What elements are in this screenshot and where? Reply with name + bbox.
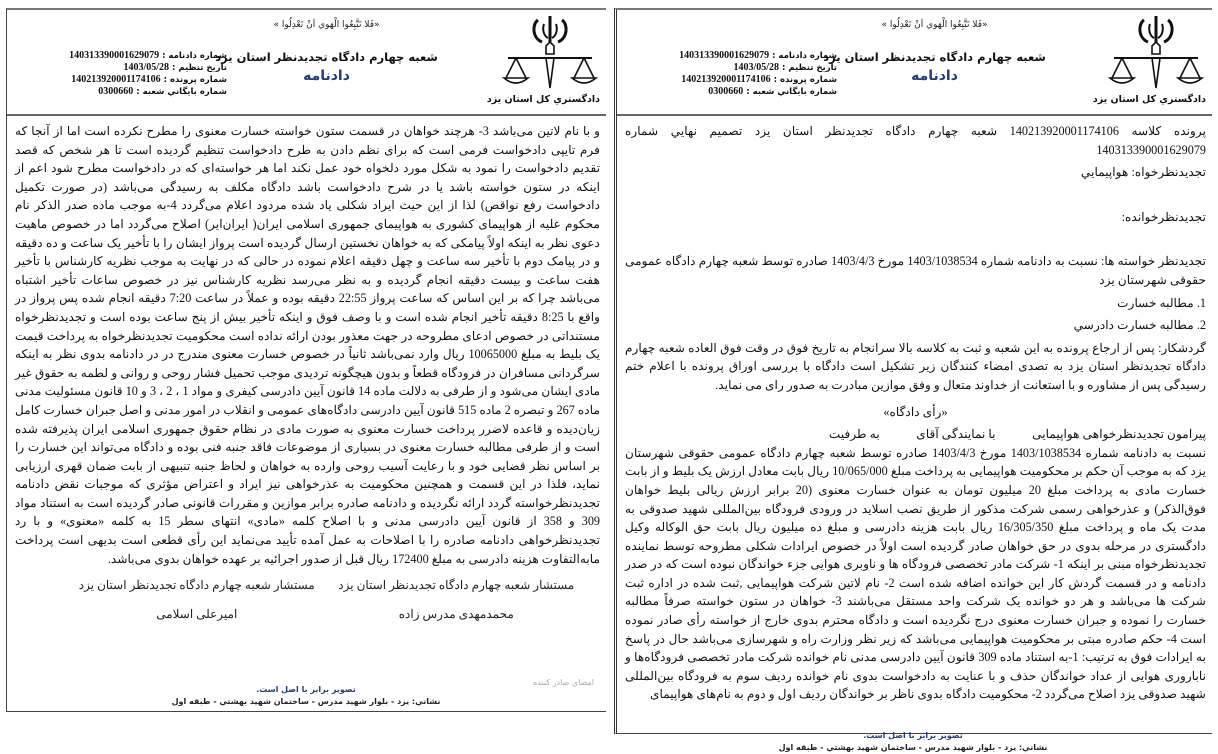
judiciary-emblem: دادگستري كل استان يزد — [1106, 14, 1206, 112]
appeal-requests: تجديدنظر خواسته ها: نسبت به دادنامه شمار… — [625, 252, 1206, 289]
appellee: تجديدنظرخوانده: — [625, 208, 1206, 227]
meta-date: تاريخ تنظيم : 1403/05/28 — [667, 62, 837, 74]
verdict-heading: «رأی دادگاه» — [625, 403, 1206, 422]
page-footer: تصوير برابر با اصل است. نشاني: يزد - بلو… — [614, 730, 1212, 754]
document-title: دادنامه — [807, 68, 1062, 84]
case-line: پرونده كلاسه 140213920001174106 شعبه چها… — [625, 122, 1206, 159]
meta-date: تاريخ تنظيم : 1403/05/28 — [57, 62, 227, 74]
page-header: دادگستري كل استان يزد «فَلا تَتَّبِعُوا … — [7, 10, 606, 116]
header-center: «فَلا تَتَّبِعُوا الْهَوي اَنْ تَعْدِلُو… — [197, 20, 456, 84]
request-item-1: 1. مطالبه خسارت — [625, 294, 1206, 313]
judiciary-emblem: دادگستري كل استان يزد — [500, 14, 600, 112]
case-report: گردشکار: پس از ارجاع پرونده به این شعبه … — [625, 339, 1206, 395]
page-footer: تصوير برابر با اصل است. نشاني: يزد - بلو… — [6, 684, 606, 708]
verdict-body-continued: و با نام لاتین می‌باشد 3- هرچند خواهان د… — [15, 122, 600, 568]
court-address: نشاني: يزد - بلوار شهيد مدرس - ساختمان ش… — [614, 742, 1212, 754]
verdict-text: نسبت به دادنامه شماره 1403/1038534 مورخ … — [625, 444, 1206, 704]
header-center: «فَلا تَتَّبِعُوا الْهَوي اَنْ تَعْدِلُو… — [807, 20, 1062, 84]
meta-case-number: شماره پرونده : 140213920001174106 — [667, 74, 837, 86]
verdict-page-1: دادگستري كل استان يزد «فَلا تَتَّبِعُوا … — [614, 8, 1212, 754]
appellant: تجديدنظرخواه: هواپيمايي — [625, 163, 1206, 182]
header-verse: «فَلا تَتَّبِعُوا الْهَوي اَنْ تَعْدِلُو… — [197, 20, 456, 30]
meta-verdict-number: شماره دادنامه : 140313390001629079 — [667, 50, 837, 62]
signature-name-1: محمدمهدی مدرس زاده — [332, 607, 581, 622]
document-title: دادنامه — [197, 68, 456, 84]
certified-copy-note: تصوير برابر با اصل است. — [6, 684, 606, 696]
signature-title-1: مستشار شعبه چهارم دادگاه تجدیدنظر استان … — [332, 578, 581, 593]
signature-name-2: امیرعلی اسلامی — [72, 607, 321, 622]
meta-archive-number: شماره بايگاني شعبه : 0300660 — [667, 86, 837, 98]
document-meta: شماره دادنامه : 140313390001629079 تاريخ… — [667, 50, 837, 98]
scales-of-justice-icon — [502, 14, 598, 94]
page-frame: دادگستري كل استان يزد «فَلا تَتَّبِعُوا … — [6, 8, 606, 712]
meta-verdict-number: شماره دادنامه : 140313390001629079 — [57, 50, 227, 62]
scales-of-justice-icon — [1108, 14, 1204, 94]
court-branch: شعبه چهارم دادگاه تجديدنظر استان يزد — [197, 50, 456, 64]
verdict-continuation: و با نام لاتین می‌باشد 3- هرچند خواهان د… — [15, 122, 600, 568]
header-verse: «فَلا تَتَّبِعُوا الْهَوي اَنْ تَعْدِلُو… — [807, 20, 1062, 30]
page-header: دادگستري كل استان يزد «فَلا تَتَّبِعُوا … — [617, 10, 1212, 116]
verdict-intro: پیرامون تجدیدنظرخواهی هواپیمایی با نماین… — [625, 425, 1206, 444]
certified-copy-note: تصوير برابر با اصل است. — [614, 730, 1212, 742]
court-branch: شعبه چهارم دادگاه تجديدنظر استان يزد — [807, 50, 1062, 64]
request-item-2: 2. مطالبه خسارت دادرسي — [625, 316, 1206, 335]
verdict-body: پرونده كلاسه 140213920001174106 شعبه چها… — [625, 122, 1206, 704]
verdict-page-2: دادگستري كل استان يزد «فَلا تَتَّبِعُوا … — [6, 8, 606, 754]
meta-case-number: شماره پرونده : 140213920001174106 — [57, 74, 227, 86]
court-address: نشاني: يزد - بلوار شهيد مدرس - ساختمان ش… — [6, 696, 606, 708]
page-frame: دادگستري كل استان يزد «فَلا تَتَّبِعُوا … — [614, 8, 1212, 734]
meta-archive-number: شماره بايگاني شعبه : 0300660 — [57, 86, 227, 98]
document-meta: شماره دادنامه : 140313390001629079 تاريخ… — [57, 50, 227, 98]
signatures: مستشار شعبه چهارم دادگاه تجدیدنظر استان … — [67, 578, 586, 636]
signature-title-2: مستشار شعبه چهارم دادگاه تجدیدنظر استان … — [72, 578, 321, 593]
emblem-caption: دادگستري كل استان يزد — [1106, 94, 1206, 105]
emblem-caption: دادگستري كل استان يزد — [500, 94, 600, 105]
